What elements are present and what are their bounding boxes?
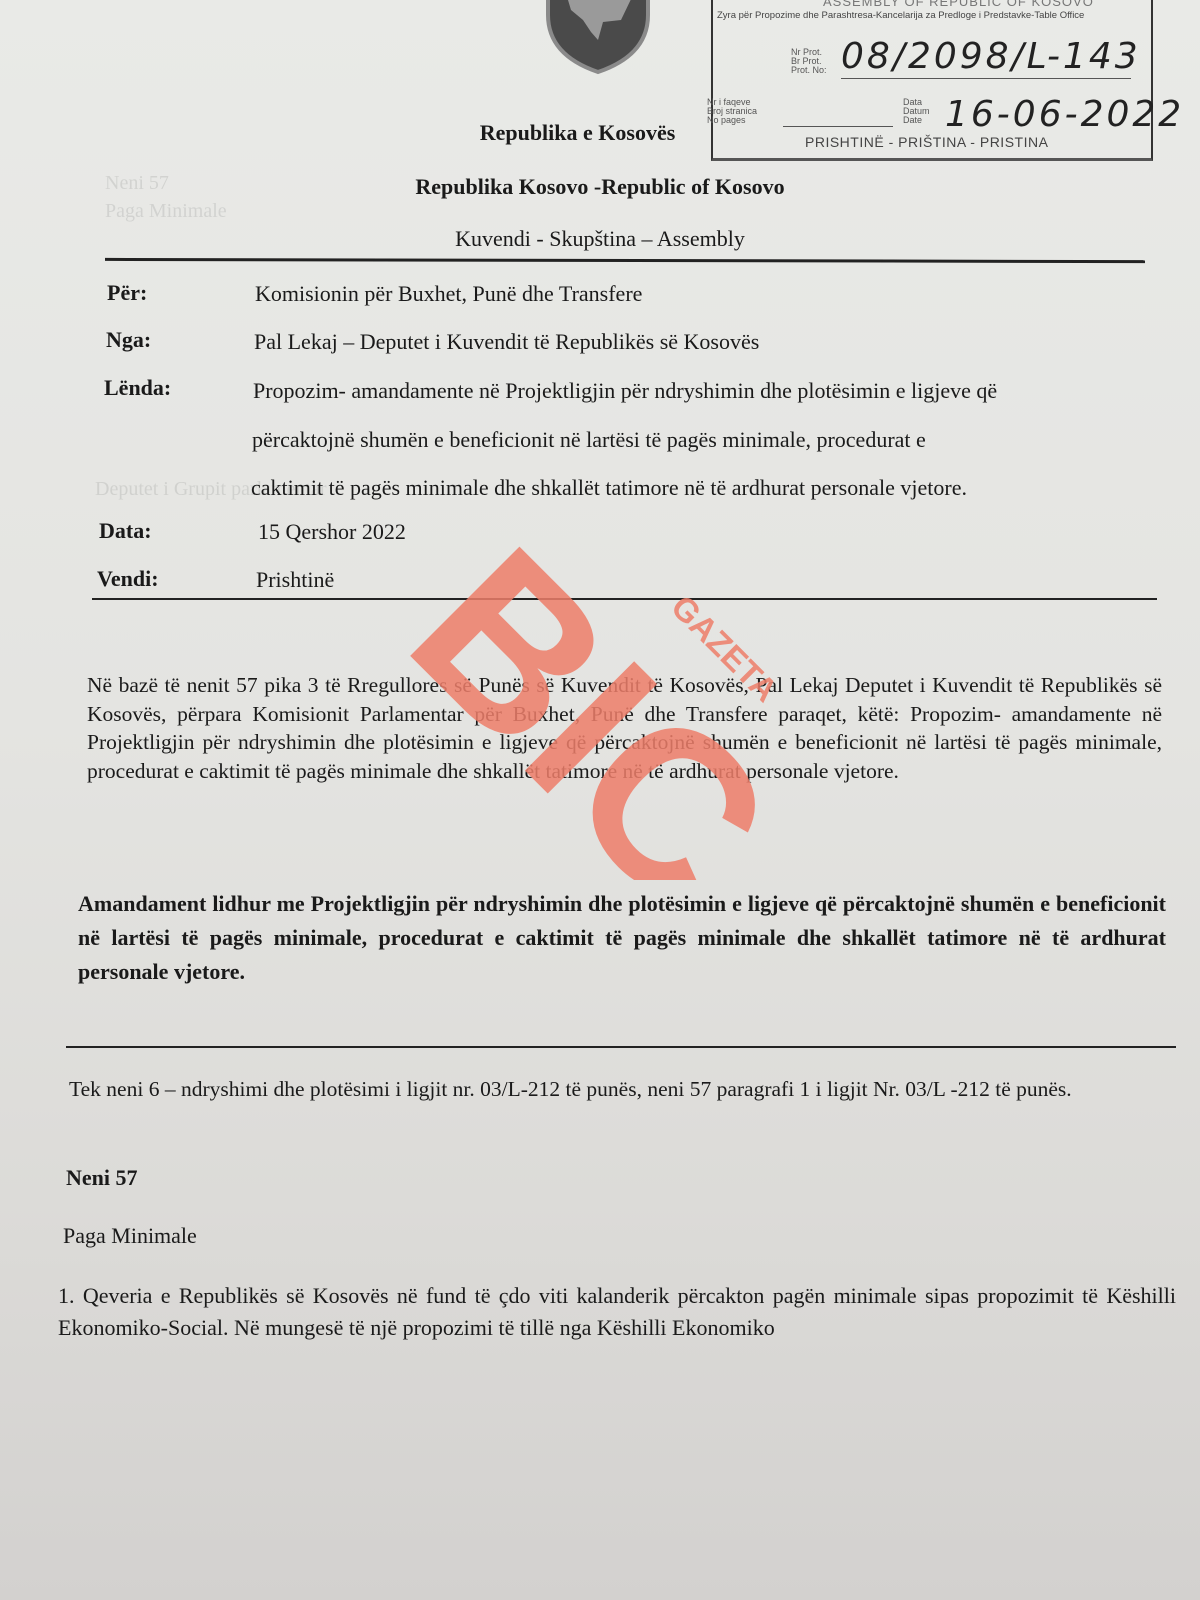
per-label: Për: bbox=[107, 280, 147, 306]
article-subtitle: Paga Minimale bbox=[63, 1223, 197, 1249]
stamp-office-line: Zyra për Propozime dhe Parashtresa-Kance… bbox=[717, 10, 1084, 21]
lenda-value-line: përcaktojnë shumën e beneficionit në lar… bbox=[252, 427, 926, 453]
section-rule bbox=[66, 1046, 1176, 1048]
article-title: Neni 57 bbox=[66, 1165, 138, 1191]
article-paragraph-1: 1. Qeveria e Republikës së Kosovës në fu… bbox=[58, 1280, 1176, 1344]
vendi-value: Prishtinë bbox=[256, 567, 334, 593]
header-line-3: Kuvendi - Skupština – Assembly bbox=[0, 226, 1200, 252]
lenda-label: Lënda: bbox=[104, 375, 171, 401]
document-page: Neni 57 Paga Minimale Deputet i Grupit p… bbox=[0, 0, 1200, 1600]
stamp-prot-label: Nr Prot.Br Prot.Prot. No: bbox=[791, 48, 827, 75]
nga-label: Nga: bbox=[106, 327, 151, 353]
data-value: 15 Qershor 2022 bbox=[258, 519, 406, 545]
header-line-2: Republika Kosovo -Republic of Kosovo bbox=[0, 174, 1200, 200]
lenda-value-line: Propozim- amandamente në Projektligjin p… bbox=[253, 378, 997, 404]
vendi-label: Vendi: bbox=[97, 566, 159, 592]
data-label: Data: bbox=[99, 518, 152, 544]
intro-paragraph: Në bazë të nenit 57 pika 3 të Rregullore… bbox=[87, 671, 1162, 785]
lenda-value-line: caktimit të pagës minimale dhe shkallët … bbox=[251, 475, 967, 501]
kosovo-emblem-icon bbox=[543, 0, 653, 75]
per-value: Komisionin për Buxhet, Punë dhe Transfer… bbox=[255, 281, 642, 307]
stamp-prot-number: 08/2098/L-143 bbox=[841, 36, 1141, 77]
reference-paragraph: Tek neni 6 – ndryshimi dhe plotësimi i l… bbox=[69, 1072, 1179, 1106]
header-rule bbox=[105, 258, 1145, 263]
nga-value: Pal Lekaj – Deputet i Kuvendit të Republ… bbox=[254, 329, 759, 355]
header-line-1: Republika e Kosovës bbox=[160, 120, 1040, 146]
stamp-assembly-line: ASSEMBLY OF REPUBLIC OF KOSOVO bbox=[823, 0, 1094, 9]
amendment-title: Amandament lidhur me Projektligjin për n… bbox=[78, 887, 1166, 989]
bleed-through-text: Paga Minimale bbox=[105, 200, 227, 223]
meta-rule bbox=[92, 598, 1157, 600]
